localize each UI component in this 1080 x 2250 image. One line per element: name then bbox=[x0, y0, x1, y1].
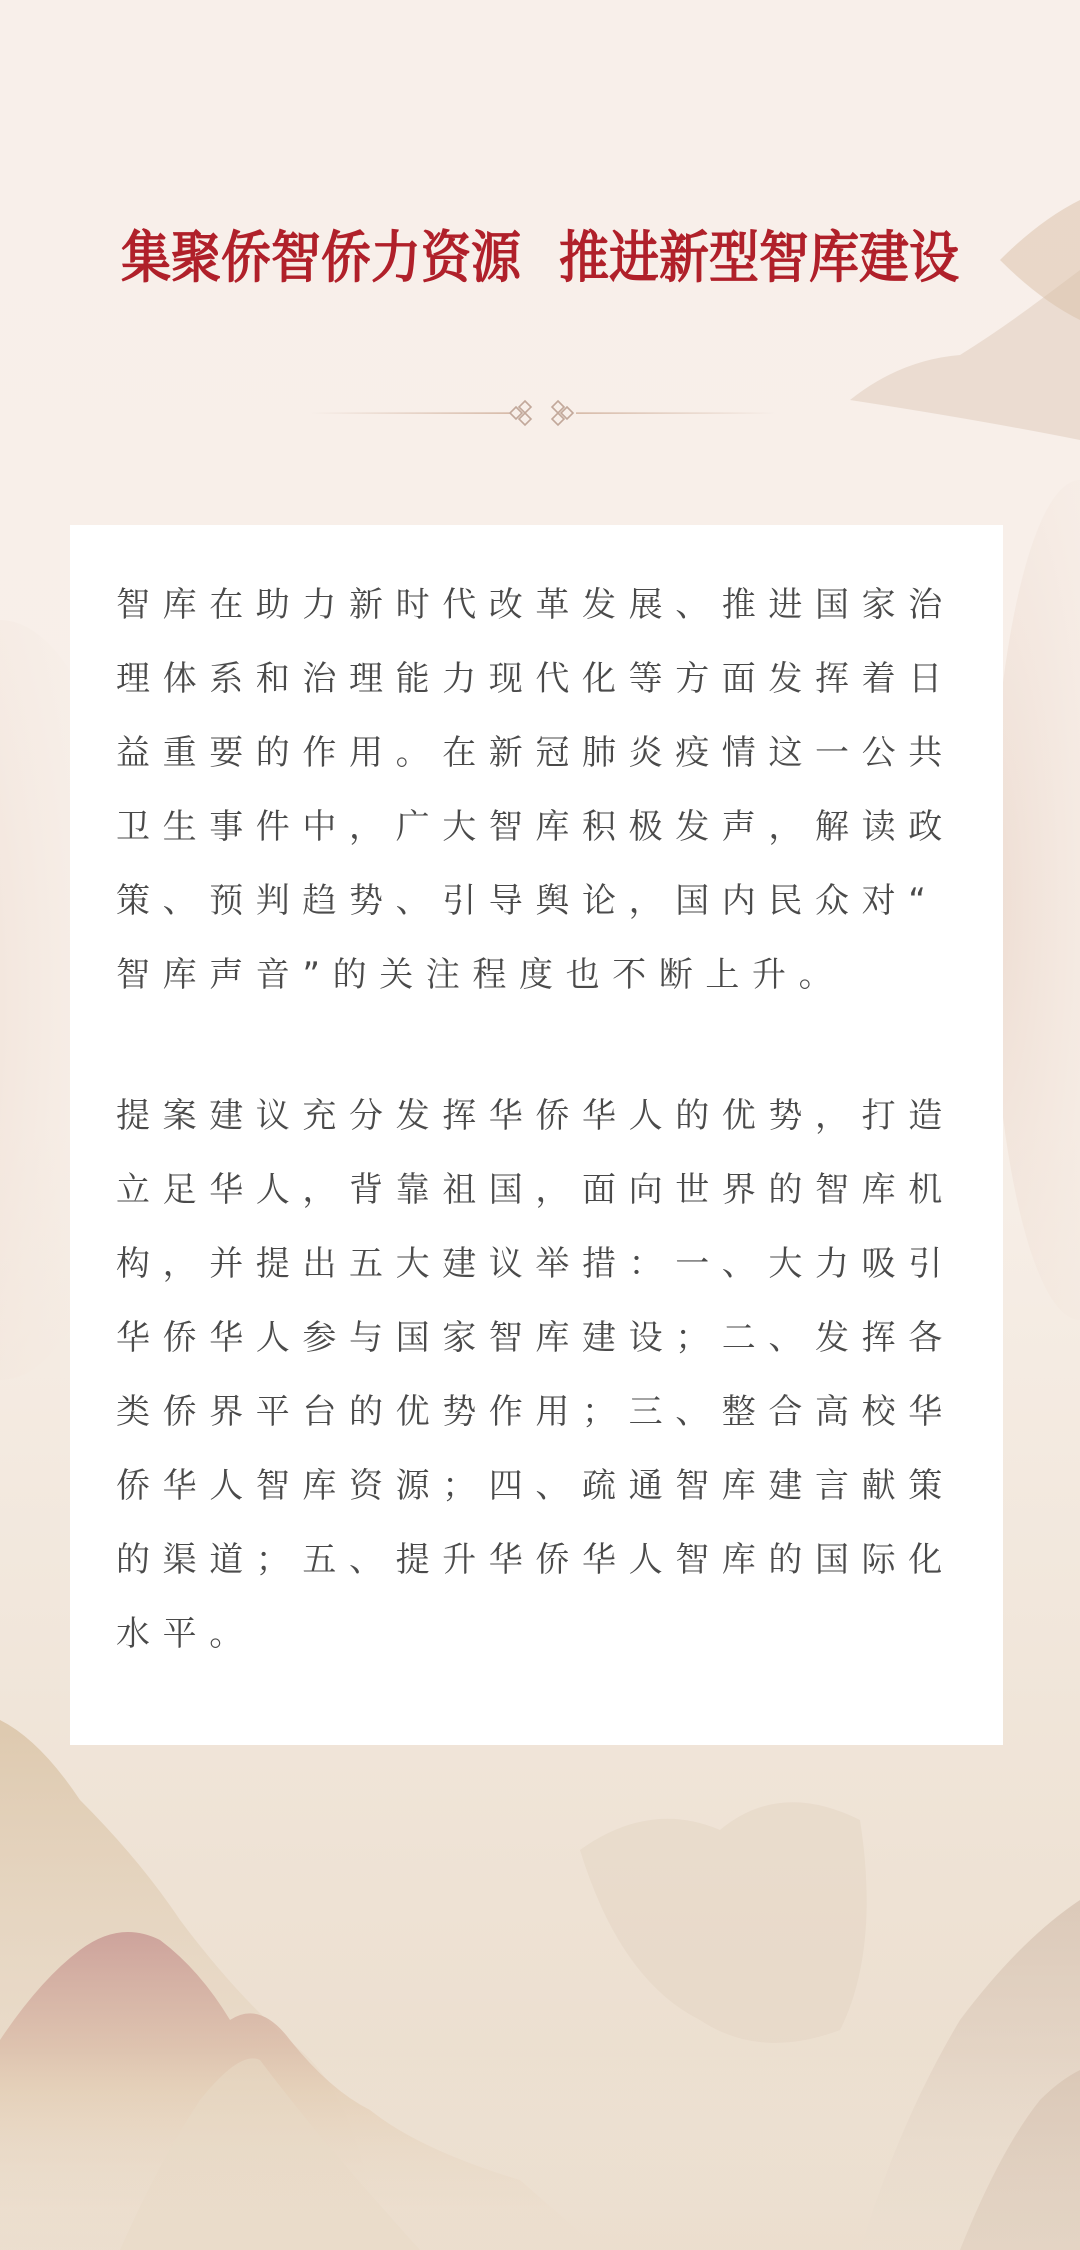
text-line: 水平。 bbox=[116, 1597, 955, 1671]
text-line: 智库在助力新时代改革发展、推进国家治 bbox=[116, 568, 955, 642]
paragraph-1: 智库在助力新时代改革发展、推进国家治 理体系和治理能力现代化等方面发挥着日 益重… bbox=[116, 568, 955, 1012]
page-title: 集聚侨智侨力资源推进新型智库建设 bbox=[0, 222, 1080, 294]
text-line: 提案建议充分发挥华侨华人的优势，打造 bbox=[116, 1079, 955, 1153]
text-line: 卫生事件中，广大智库积极发声，解读政 bbox=[116, 790, 955, 864]
text-line: 华侨华人参与国家智库建设；二、发挥各 bbox=[116, 1301, 955, 1375]
text-line: 的渠道；五、提升华侨华人智库的国际化 bbox=[116, 1523, 955, 1597]
content-card: 智库在助力新时代改革发展、推进国家治 理体系和治理能力现代化等方面发挥着日 益重… bbox=[70, 525, 1003, 1745]
text-line: 智库声音”的关注程度也不断上升。 bbox=[116, 938, 955, 1012]
text-line: 立足华人，背靠祖国，面向世界的智库机 bbox=[116, 1153, 955, 1227]
text-line: 益重要的作用。在新冠肺炎疫情这一公共 bbox=[116, 716, 955, 790]
title-part-1: 集聚侨智侨力资源 bbox=[121, 222, 521, 294]
text-line: 类侨界平台的优势作用；三、整合高校华 bbox=[116, 1375, 955, 1449]
text-line: 理体系和治理能力现代化等方面发挥着日 bbox=[116, 642, 955, 716]
text-line: 侨华人智库资源；四、疏通智库建言献策 bbox=[116, 1449, 955, 1523]
text-line: 构，并提出五大建议举措：一、大力吸引 bbox=[116, 1227, 955, 1301]
title-part-2: 推进新型智库建设 bbox=[559, 222, 959, 294]
paragraph-2: 提案建议充分发挥华侨华人的优势，打造 立足华人，背靠祖国，面向世界的智库机 构，… bbox=[116, 1079, 955, 1671]
double-diamond-ornament-icon bbox=[300, 393, 780, 433]
text-line: 策、预判趋势、引导舆论，国内民众对“ bbox=[116, 864, 955, 938]
